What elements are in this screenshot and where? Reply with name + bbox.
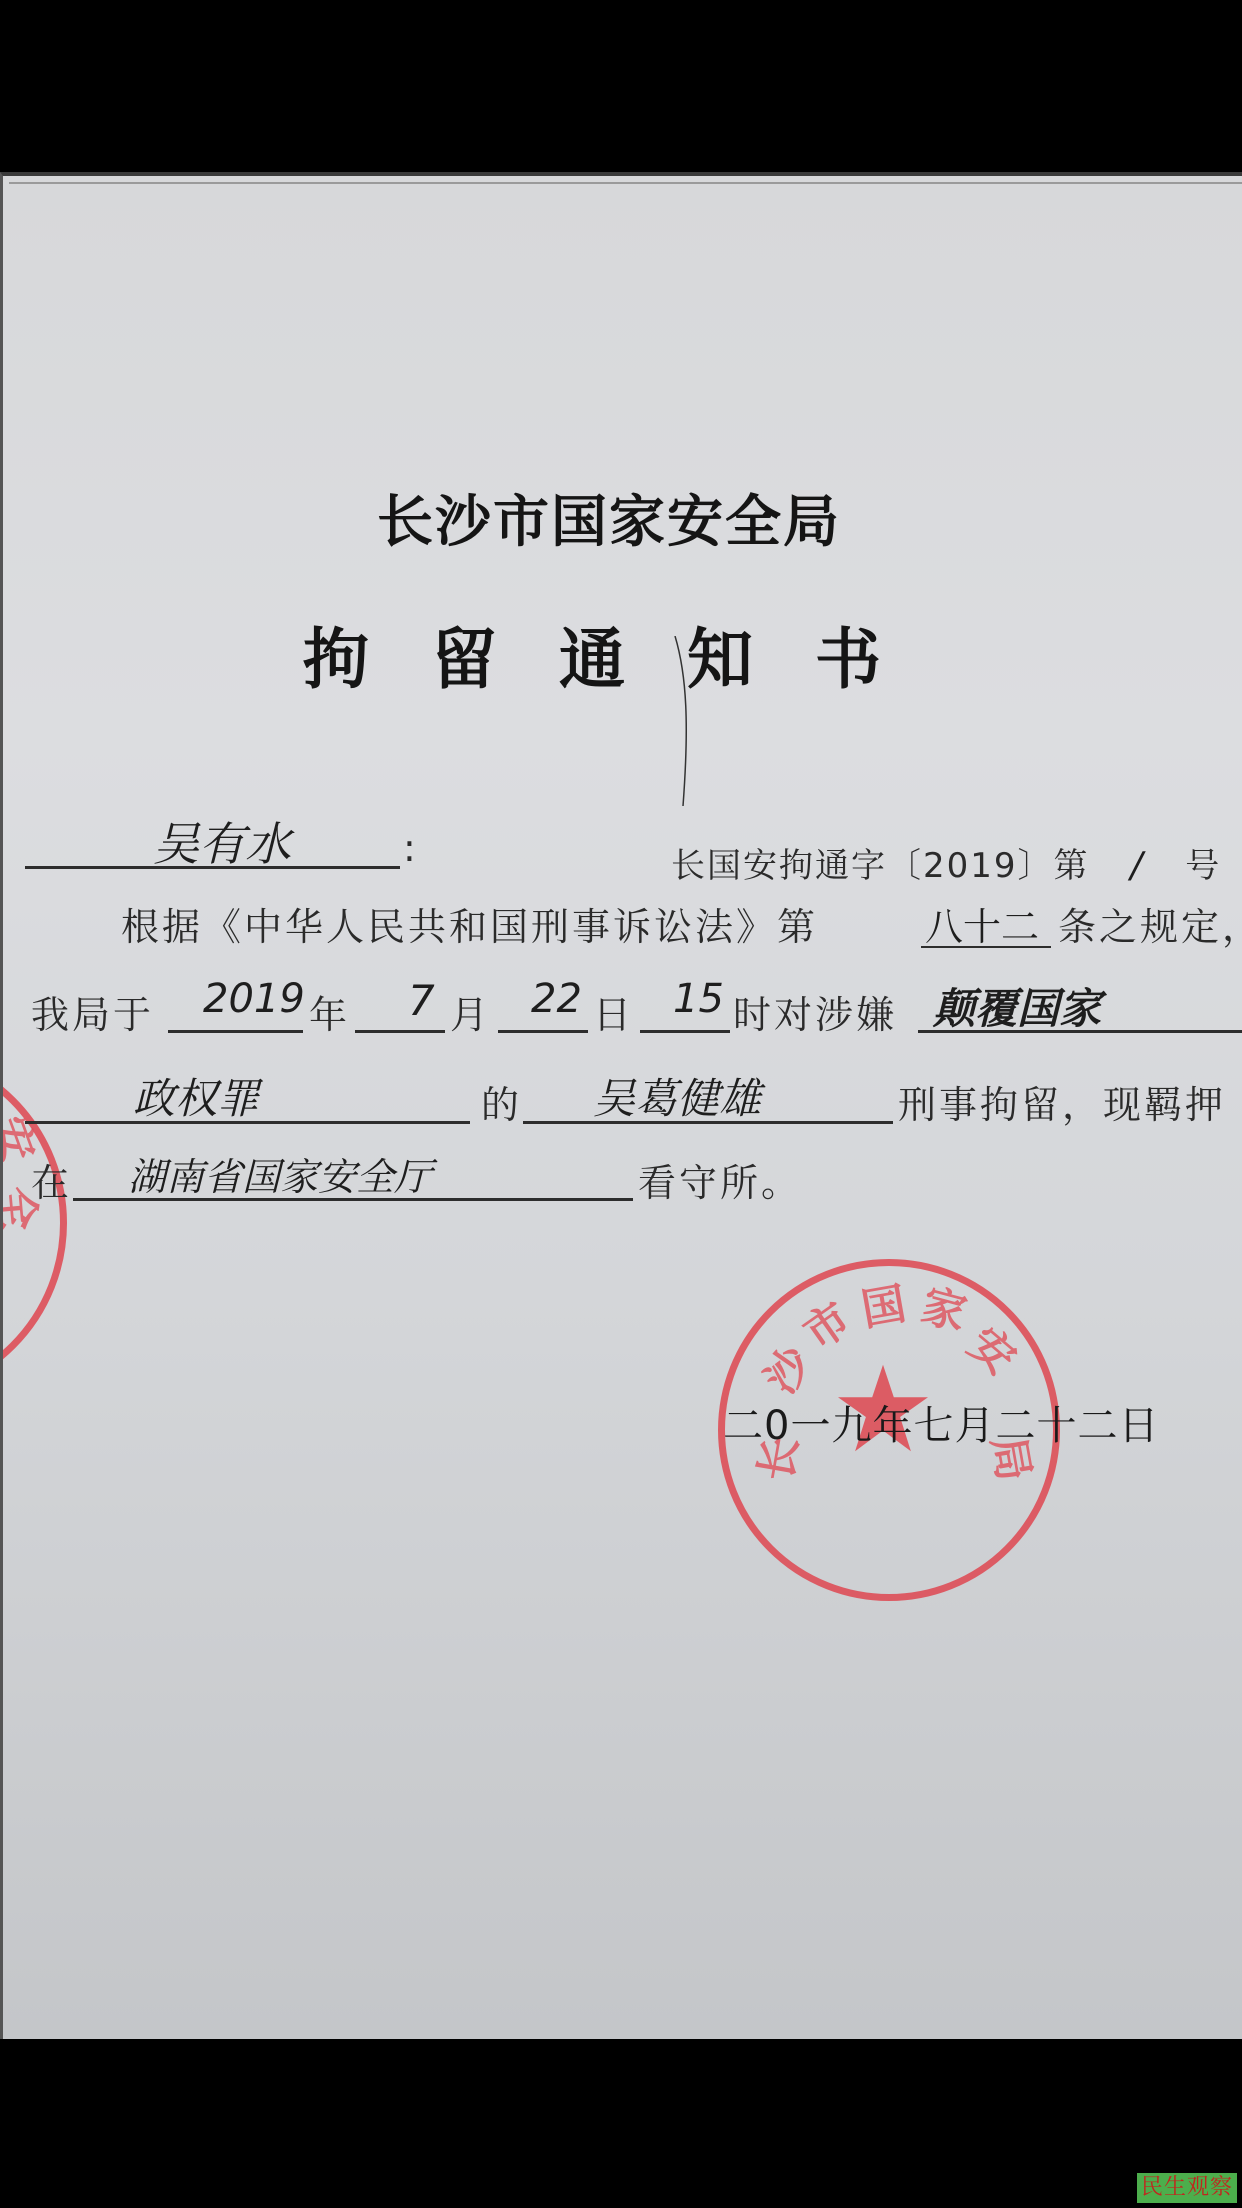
addressee-name: 吴有水 — [153, 808, 291, 874]
detainee-name: 吴葛健雄 — [593, 1066, 761, 1126]
charge-part2: 政权罪 — [133, 1066, 259, 1126]
of-label: 的 — [481, 1074, 522, 1129]
body-line1-suffix: 条之规定， — [1058, 896, 1242, 951]
in-label: 在 — [31, 1152, 72, 1207]
addressee-underline — [25, 866, 400, 869]
detention-text: 刑事拘留，现羁押 — [898, 1074, 1226, 1129]
hour-underline — [640, 1030, 730, 1033]
detention-day: 22 — [531, 976, 582, 1022]
addressee-colon: : — [403, 826, 419, 870]
document-number: 长国安拘通字〔2019〕第 / 号 — [671, 838, 1221, 887]
doc-number-prefix: 长国安拘通字〔2019〕第 — [671, 846, 1090, 886]
month-underline — [355, 1030, 445, 1033]
location-underline — [73, 1198, 633, 1201]
document-paper: 安 全 长沙市国家安全局 拘留通知书 长国安拘通字〔2019〕第 / 号 吴有水… — [0, 172, 1242, 2039]
charge-part1: 颠覆国家 — [933, 976, 1101, 1036]
paper-crease-mark — [673, 636, 693, 806]
agency-name: 长沙市国家安全局 — [0, 478, 1230, 558]
charge-underline-2 — [25, 1121, 470, 1124]
document-title: 拘留通知书 — [303, 606, 943, 701]
doc-number-value: / — [1130, 845, 1144, 886]
detention-year: 2019 — [203, 976, 305, 1022]
detention-location: 湖南省国家安全厅 — [128, 1146, 432, 1201]
charge-underline-1 — [918, 1030, 1242, 1033]
detention-hour: 15 — [673, 976, 724, 1022]
watermark-badge: 民生观察 — [1137, 2173, 1237, 2203]
month-label: 月 — [450, 984, 491, 1039]
body-line1-prefix: 根据《中华人民共和国刑事诉讼法》第 — [121, 896, 818, 951]
hour-label: 时对涉嫌 — [733, 984, 897, 1039]
article-underline — [921, 946, 1051, 948]
body-line2-prefix: 我局于 — [31, 984, 154, 1039]
detention-month: 7 — [408, 976, 435, 1025]
location-suffix: 看守所。 — [638, 1152, 802, 1207]
day-label: 日 — [593, 984, 634, 1039]
year-underline — [168, 1030, 303, 1033]
signature-date: 二0一九年七月二十二日 — [723, 1394, 1159, 1451]
doc-number-suffix: 号 — [1185, 846, 1221, 886]
day-underline — [498, 1030, 588, 1033]
year-label: 年 — [309, 984, 350, 1039]
detainee-underline — [523, 1121, 893, 1124]
article-number: 八十二 — [925, 896, 1039, 951]
